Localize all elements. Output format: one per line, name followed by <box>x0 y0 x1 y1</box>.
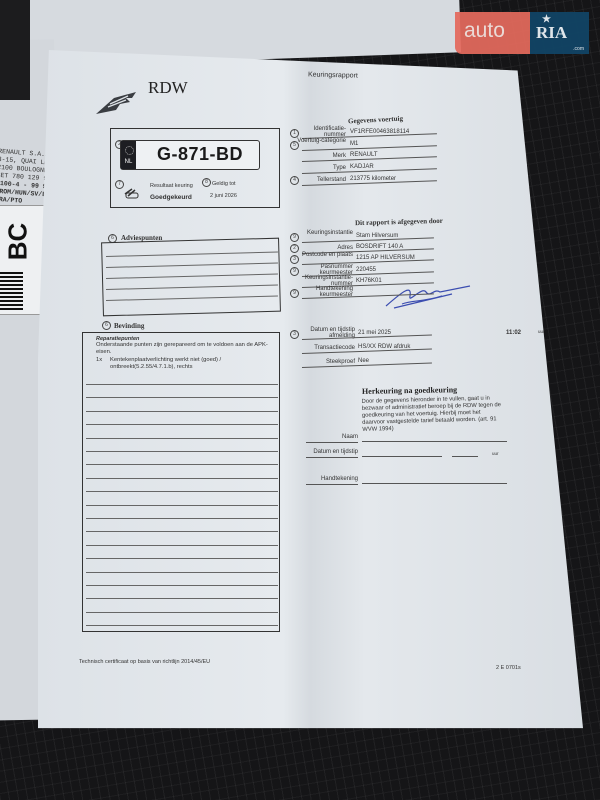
country-badge: NL <box>121 141 136 169</box>
findings-line <box>86 531 278 532</box>
findings-line <box>86 585 278 586</box>
field-label: Tellerstand <box>294 177 346 183</box>
inspector-signature <box>382 282 472 312</box>
autoria-watermark: auto ★ RIA .com <box>455 12 589 54</box>
findings-box <box>82 332 280 632</box>
marker-circle: 6 <box>102 321 111 330</box>
findings-line <box>86 464 278 465</box>
marker-circle: 7 <box>115 180 124 189</box>
findings-line <box>86 491 278 492</box>
field-value: KH76K01 <box>356 278 382 284</box>
marker-circle: 8 <box>202 178 211 187</box>
watermark-ria-text: RIA <box>536 23 567 42</box>
reinspection-label: Datum en tijdstip <box>300 449 358 455</box>
field-value: KADJAR <box>350 164 374 170</box>
reinspection-input-line <box>362 456 442 457</box>
marker-circle: 9 <box>290 289 299 298</box>
field-value: M1 <box>350 141 358 147</box>
field-label: Type <box>294 165 346 171</box>
reinspection-label: Handtekening <box>300 476 358 482</box>
watermark-auto: auto <box>455 12 530 54</box>
findings-line <box>86 505 278 506</box>
reinspection-time-line <box>452 456 478 457</box>
license-plate: NL G-871-BD <box>120 140 260 170</box>
findings-line <box>86 478 278 479</box>
field-time: 11:02 <box>506 330 521 336</box>
reinspection-input-line <box>362 483 507 484</box>
marker-circle: 3 <box>290 330 299 339</box>
rdw-title: RDW <box>148 78 188 98</box>
field-label: Merk <box>294 153 346 159</box>
sticker-code: BC <box>2 223 33 261</box>
reinspection-label: Naam <box>300 434 358 440</box>
field-label: Voertuig-categorie <box>294 138 346 144</box>
barcode-sticker: BC <box>0 205 46 315</box>
reinspection-label-line <box>306 484 358 485</box>
findings-intro: Onderstaande punten zijn gerepareerd om … <box>96 342 272 356</box>
findings-line <box>86 384 278 385</box>
reinspection-input-line <box>362 441 507 442</box>
findings-line <box>86 411 278 412</box>
finding-qty: 1x <box>96 357 102 364</box>
finding-text: Kentekenplaatverlichting werkt niet (goe… <box>110 357 260 371</box>
reinspection-text: Door de gegevens hieronder in te vullen,… <box>362 395 503 434</box>
plate-number: G-871-BD <box>157 144 243 165</box>
findings-line <box>86 625 278 626</box>
findings-line <box>86 558 278 559</box>
field-unit: uur <box>538 329 545 334</box>
footer-form-code: 2 E 0701s <box>496 665 521 671</box>
findings-line <box>86 518 278 519</box>
field-label: Keuringsinstantie <box>301 230 353 236</box>
result-label: Resultaat keuring <box>150 183 193 189</box>
field-unit: uur <box>492 451 499 456</box>
findings-line <box>86 612 278 613</box>
findings-line <box>86 397 278 398</box>
findings-line <box>86 438 278 439</box>
barcode <box>0 270 23 310</box>
reinspection-title: Herkeuring na goedkeuring <box>362 385 457 396</box>
car-check-icon <box>124 188 140 200</box>
rdw-logo-icon <box>96 92 140 114</box>
field-value: Nee <box>358 358 369 364</box>
reinspection-label-line <box>306 442 358 443</box>
background-shadow <box>0 0 30 100</box>
star-icon: ★ <box>542 14 551 25</box>
result-value: Goedgekeurd <box>150 194 192 201</box>
watermark-ria: ★ RIA .com <box>530 12 589 54</box>
findings-line <box>86 598 278 599</box>
findings-title: Bevinding <box>114 322 144 330</box>
footer-certificate-text: Technisch certificaat op basis van richt… <box>79 659 210 665</box>
valid-until: 2 juni 2026 <box>210 193 237 199</box>
reinspection-label-line <box>306 457 358 458</box>
field-value: 220455 <box>356 267 376 273</box>
marker-circle: 9 <box>290 267 299 276</box>
findings-line <box>86 424 278 425</box>
findings-line <box>86 572 278 573</box>
report-title: Keuringsrapport <box>308 71 358 79</box>
findings-line <box>86 545 278 546</box>
findings-line <box>86 451 278 452</box>
field-label: Transactiecode <box>303 345 355 351</box>
field-label: Postcode en plaats <box>301 252 353 258</box>
field-value: 213775 kilometer <box>350 176 396 182</box>
valid-label: Geldig tot <box>212 181 236 187</box>
field-label: Adres <box>301 245 353 251</box>
marker-circle: 9 <box>290 233 299 242</box>
watermark-suffix: .com <box>573 46 584 52</box>
